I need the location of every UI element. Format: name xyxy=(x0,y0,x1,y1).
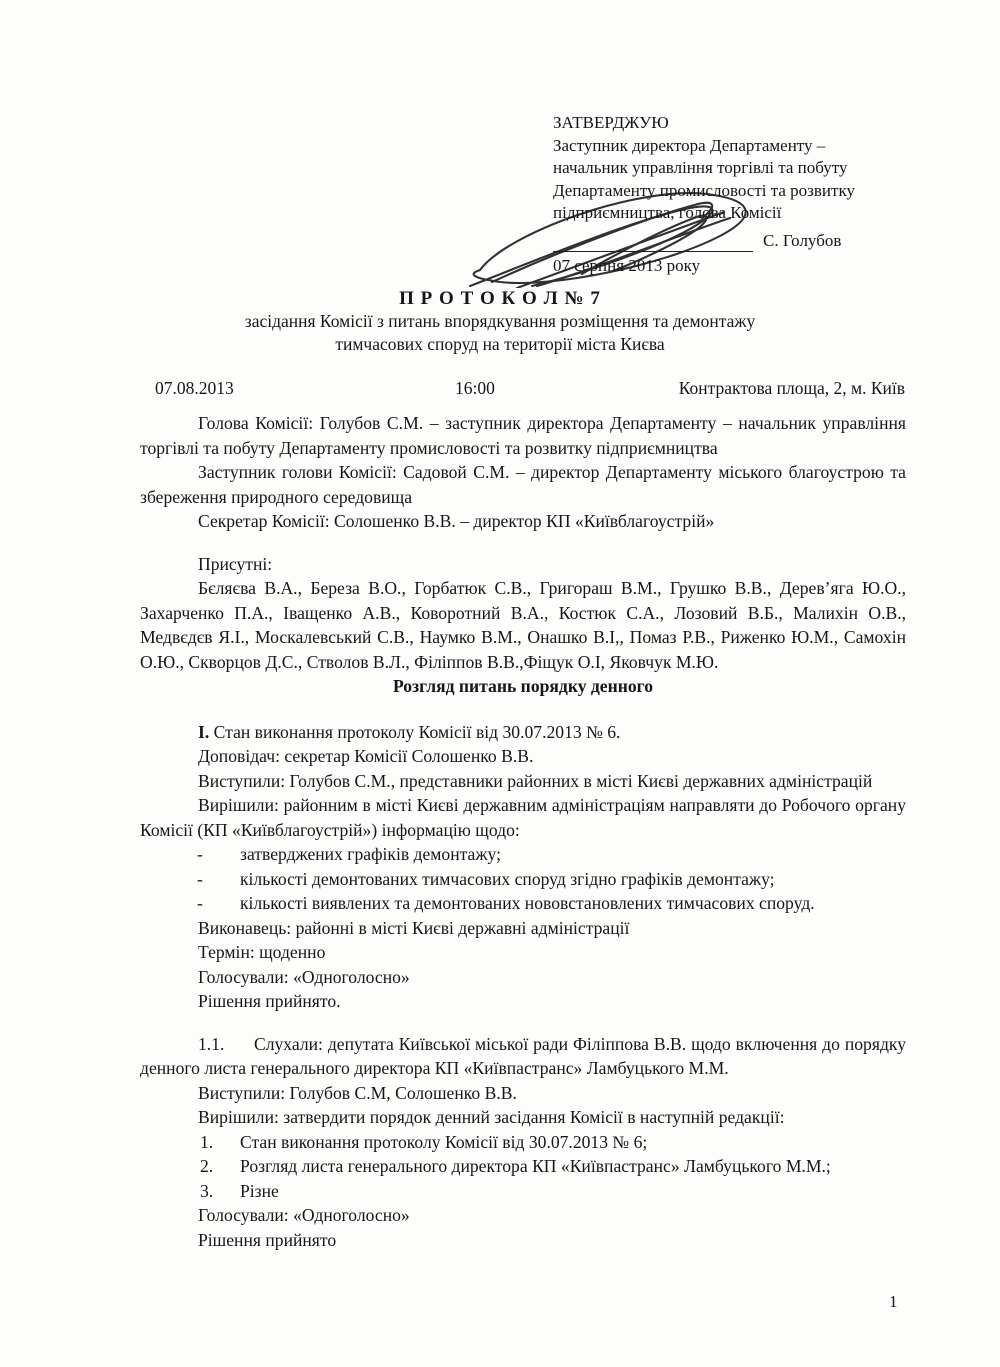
signature-line xyxy=(553,235,753,252)
item11-number: 1.1. xyxy=(198,1032,254,1057)
meeting-time: 16:00 xyxy=(455,378,655,399)
bullet-item: - кількості демонтованих тимчасових спор… xyxy=(197,867,906,892)
item1-result: Рішення прийнято. xyxy=(140,989,906,1014)
item11-heard: 1.1.Слухали: депутата Київської міської … xyxy=(140,1032,906,1081)
page-number: 1 xyxy=(889,1292,898,1312)
bullet-text: затверджених графіків демонтажу; xyxy=(240,842,501,867)
protocol-subtitle: тимчасових споруд на території міста Киє… xyxy=(0,333,1000,356)
approval-block: ЗАТВЕРДЖУЮ Заступник директора Департаме… xyxy=(553,112,933,278)
item1-title: І. Стан виконання протоколу Комісії від … xyxy=(140,720,906,745)
signer-name: С. Голубов xyxy=(753,231,841,250)
bullet-item: - затверджених графіків демонтажу; xyxy=(197,842,906,867)
agenda-item-number: 2. xyxy=(200,1154,240,1179)
agenda-item-number: 3. xyxy=(200,1179,240,1204)
paragraph-head-of-commission: Голова Комісії: Голубов С.М. – заступник… xyxy=(140,411,906,460)
agenda-heading: Розгляд питань порядку денного xyxy=(140,674,906,699)
approval-line: Департаменту промисловості та розвитку xyxy=(553,180,933,203)
agenda-item-number: 1. xyxy=(200,1130,240,1155)
item11-vote: Голосували: «Одноголосно» xyxy=(140,1203,906,1228)
agenda-list-item: 3. Різне xyxy=(200,1179,906,1204)
approval-line: підприємництва, голова Комісії xyxy=(553,202,933,225)
item1-decision: Вирішили: районним в місті Києві державн… xyxy=(140,793,906,842)
approval-date: 07 серпня 2013 року xyxy=(553,255,933,278)
bullet-dash: - xyxy=(197,891,240,916)
protocol-document-page: ЗАТВЕРДЖУЮ Заступник директора Департаме… xyxy=(0,0,1000,1367)
bullet-item: - кількості виявлених та демонтованих но… xyxy=(197,891,906,916)
paragraph-secretary: Секретар Комісії: Солошенко В.В. – дирек… xyxy=(140,509,906,534)
meeting-date: 07.08.2013 xyxy=(155,378,455,399)
bullet-text: кількості демонтованих тимчасових споруд… xyxy=(240,867,775,892)
present-list: Бєляєва В.А., Береза В.О., Горбатюк С.В.… xyxy=(140,576,906,674)
bullet-dash: - xyxy=(197,867,240,892)
item1-title-text: Стан виконання протоколу Комісії від 30.… xyxy=(214,722,621,742)
item1-term: Термін: щоденно xyxy=(140,940,906,965)
item11-heard-text: Слухали: депутата Київської міської ради… xyxy=(140,1034,906,1079)
present-label: Присутні: xyxy=(140,552,906,577)
item1-speakers: Виступили: Голубов С.М., представники ра… xyxy=(140,769,906,794)
item11-result: Рішення прийнято xyxy=(140,1228,906,1253)
paragraph-deputy-head: Заступник голови Комісії: Садовой С.М. –… xyxy=(140,460,906,509)
bullet-dash: - xyxy=(197,842,240,867)
title-block: П Р О Т О К О Л № 7 засідання Комісії з … xyxy=(0,287,1000,355)
bullet-text: кількості виявлених та демонтованих ново… xyxy=(240,891,815,916)
signature-row: С. Голубов xyxy=(553,230,933,253)
item11-decision: Вирішили: затвердити порядок денний засі… xyxy=(140,1105,906,1130)
agenda-item-text: Стан виконання протоколу Комісії від 30.… xyxy=(240,1130,647,1155)
approval-line: начальник управління торгівлі та побуту xyxy=(553,157,933,180)
approval-stamp: ЗАТВЕРДЖУЮ xyxy=(553,112,933,135)
item1-executor: Виконавець: районні в місті Києві держав… xyxy=(140,916,906,941)
item1-vote: Голосували: «Одноголосно» xyxy=(140,965,906,990)
item11-speakers: Виступили: Голубов С.М, Солошенко В.В. xyxy=(140,1081,906,1106)
meeting-location: Контрактова площа, 2, м. Київ xyxy=(655,378,905,399)
protocol-title: П Р О Т О К О Л № 7 xyxy=(0,287,1000,310)
agenda-list-item: 1. Стан виконання протоколу Комісії від … xyxy=(200,1130,906,1155)
protocol-subtitle: засідання Комісії з питань впорядкування… xyxy=(0,310,1000,333)
agenda-item-text: Різне xyxy=(240,1179,279,1204)
document-body: Голова Комісії: Голубов С.М. – заступник… xyxy=(140,411,906,1252)
agenda-list-item: 2. Розгляд листа генерального директора … xyxy=(200,1154,906,1179)
agenda-item-text: Розгляд листа генерального директора КП … xyxy=(240,1154,831,1179)
approval-line: Заступник директора Департаменту – xyxy=(553,135,933,158)
meeting-info-row: 07.08.2013 16:00 Контрактова площа, 2, м… xyxy=(155,378,905,399)
item1-reporter: Доповідач: секретар Комісії Солошенко В.… xyxy=(140,744,906,769)
item1-number: І. xyxy=(198,722,209,742)
